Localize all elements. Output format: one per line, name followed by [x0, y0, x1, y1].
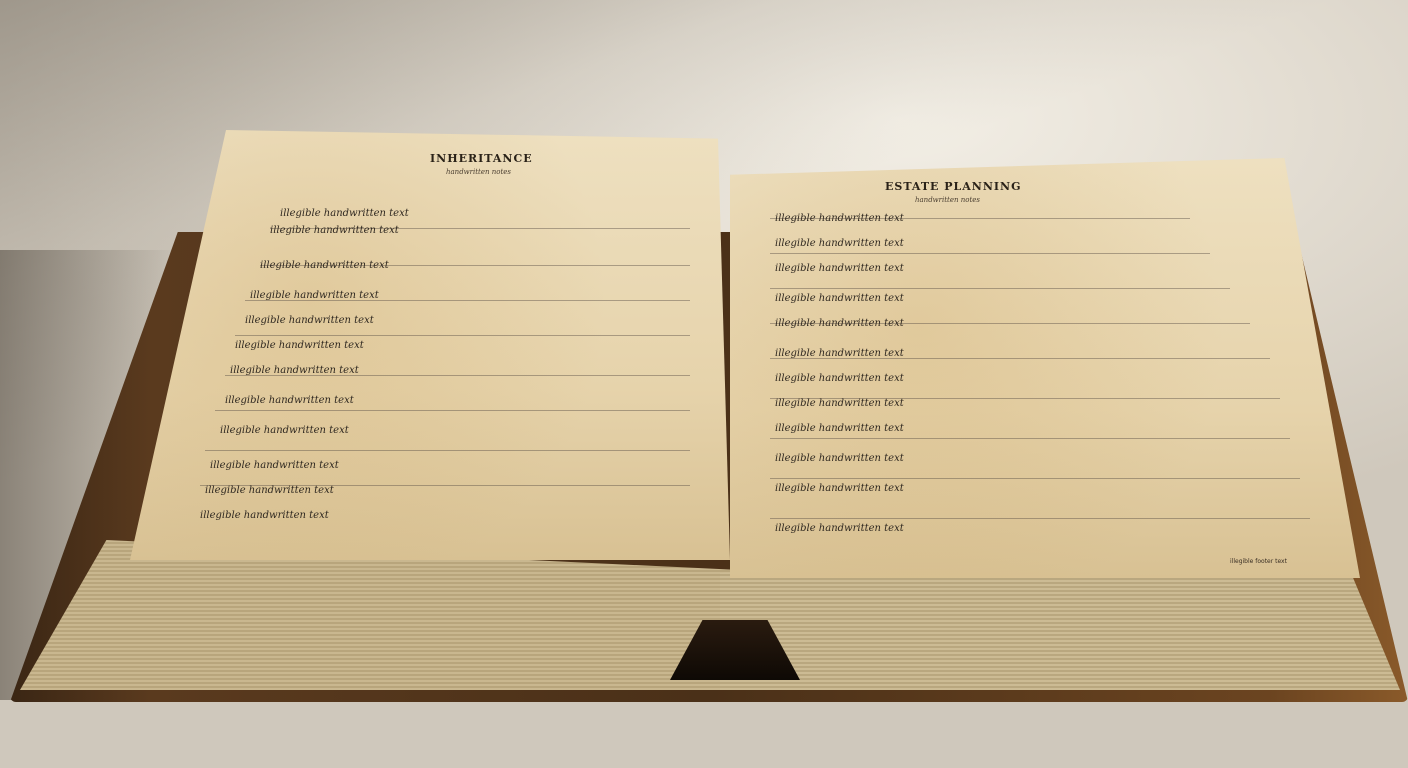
handwritten-line: illegible handwritten text [200, 510, 329, 521]
left-page-subheading: handwritten notes [446, 168, 511, 176]
ruled-line [770, 288, 1230, 289]
left-page-heading: INHERITANCE [430, 152, 533, 165]
handwritten-line: illegible handwritten text [775, 483, 904, 494]
handwritten-line: illegible handwritten text [775, 398, 904, 409]
handwritten-line: illegible handwritten text [775, 213, 904, 224]
right-page-stack [720, 560, 1400, 690]
right-page-heading: ESTATE PLANNING [885, 180, 1022, 193]
right-page-footer: illegible footer text [1230, 558, 1287, 565]
handwritten-line: illegible handwritten text [775, 238, 904, 249]
handwritten-line: illegible handwritten text [270, 225, 399, 236]
right-page-subheading: handwritten notes [915, 196, 980, 204]
left-page: INHERITANCE handwritten notes illegible … [130, 130, 730, 560]
handwritten-line: illegible handwritten text [775, 293, 904, 304]
ruled-line [215, 410, 690, 411]
handwritten-line: illegible handwritten text [775, 348, 904, 359]
handwritten-line: illegible handwritten text [775, 523, 904, 534]
handwritten-line: illegible handwritten text [205, 485, 334, 496]
handwritten-line: illegible handwritten text [250, 290, 379, 301]
ruled-line [235, 335, 690, 336]
handwritten-line: illegible handwritten text [775, 423, 904, 434]
handwritten-line: illegible handwritten text [225, 395, 354, 406]
ruled-line [770, 438, 1290, 439]
handwritten-line: illegible handwritten text [260, 260, 389, 271]
ruled-line [770, 253, 1210, 254]
handwritten-line: illegible handwritten text [220, 425, 349, 436]
handwritten-line: illegible handwritten text [245, 315, 374, 326]
ruled-line [770, 478, 1300, 479]
handwritten-line: illegible handwritten text [210, 460, 339, 471]
ruled-line [770, 518, 1310, 519]
handwritten-line: illegible handwritten text [775, 318, 904, 329]
handwritten-line: illegible handwritten text [280, 208, 409, 219]
handwritten-line: illegible handwritten text [775, 453, 904, 464]
handwritten-line: illegible handwritten text [235, 340, 364, 351]
handwritten-line: illegible handwritten text [775, 373, 904, 384]
ruled-line [205, 450, 690, 451]
handwritten-line: illegible handwritten text [775, 263, 904, 274]
handwritten-line: illegible handwritten text [230, 365, 359, 376]
right-page: ESTATE PLANNING handwritten notes illegi… [730, 158, 1360, 578]
